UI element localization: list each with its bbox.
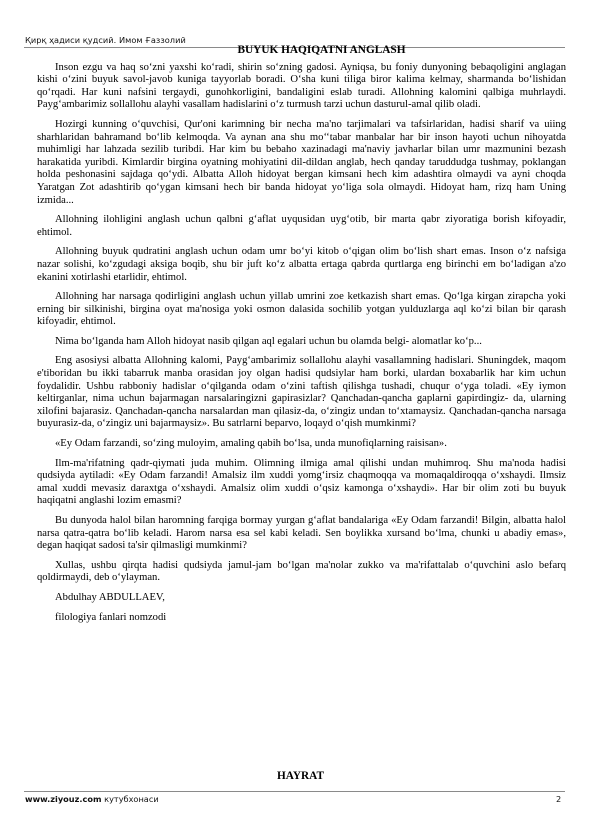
footer-rule (24, 791, 565, 792)
next-section-title: HAYRAT (0, 770, 591, 782)
paragraph: Allohning ilohligini anglash uchun qalbn… (37, 214, 566, 239)
footer-site-suffix: кутубхонаси (102, 794, 159, 804)
paragraph: Ilm-ma'rifatning qadr-qiymati juda muhim… (37, 458, 566, 508)
paragraph: Nima bo‘lganda ham Alloh hidoyat nasib q… (37, 336, 566, 349)
paragraph: Bu dunyoda halol bilan haromning farqiga… (37, 515, 566, 553)
paragraph: Allohning buyuk qudratini anglash uchun … (37, 246, 566, 284)
page-number: 2 (556, 794, 561, 804)
paragraph: Allohning har narsaga qodirligini anglas… (37, 291, 566, 329)
paragraph: Hozirgi kunning o‘quvchisi, Qur'oni kari… (37, 119, 566, 207)
quote-paragraph: «Ey Odam farzandi, so‘zing muloyim, amal… (37, 438, 566, 451)
article-body: BUYUK HAQIQATNI ANGLASH Inson ezgu va ha… (37, 44, 566, 631)
footer-source: www.ziyouz.com кутубхонаси (25, 794, 159, 804)
paragraph: Inson ezgu va haq so‘zni yaxshi ko‘radi,… (37, 62, 566, 112)
article-title: BUYUK HAQIQATNI ANGLASH (37, 44, 566, 57)
author-name: Abdulhay ABDULLAEV, (37, 592, 566, 605)
author-title: filologiya fanlari nomzodi (37, 612, 566, 625)
footer-site-link[interactable]: www.ziyouz.com (25, 794, 102, 804)
document-page: Қирқ ҳадиси қудсий. Имом Ғаззолий BUYUK … (0, 0, 591, 827)
paragraph: Eng asosiysi albatta Allohning kalomi, P… (37, 355, 566, 431)
paragraph: Xullas, ushbu qirqta hadisi qudsiyda jam… (37, 560, 566, 585)
